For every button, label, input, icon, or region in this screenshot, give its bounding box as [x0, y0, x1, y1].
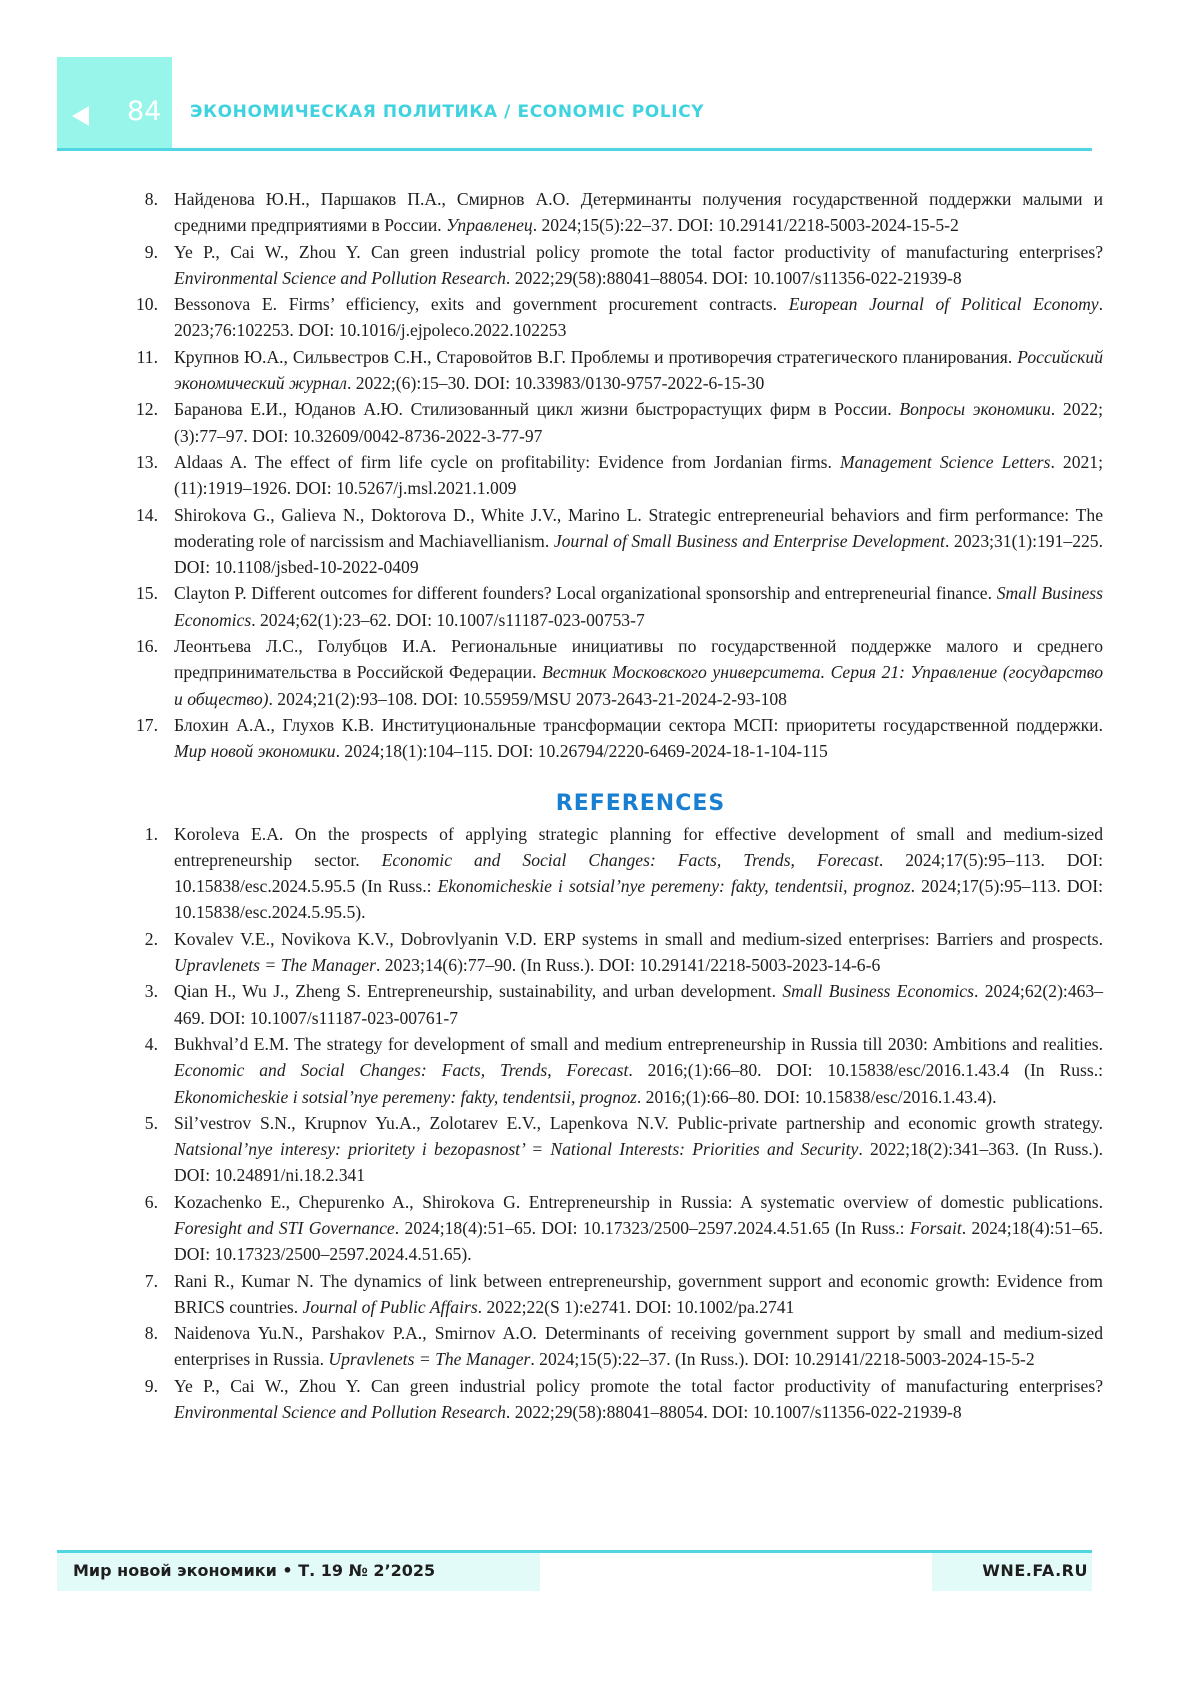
reference-item: 5.Sil’vestrov S.N., Krupnov Yu.A., Zolot… [118, 1110, 1103, 1189]
reference-item: 16.Леонтьева Л.С., Голубцов И.А. Региона… [118, 633, 1103, 712]
reference-fragment: Sil’vestrov S.N., Krupnov Yu.A., Zolotar… [174, 1113, 1103, 1133]
reference-fragment: Ye P., Cai W., Zhou Y. Can green industr… [174, 1376, 1103, 1396]
reference-source-title: Управленец [446, 215, 533, 235]
reference-source-title: Natsional’nye interesy: prioritety i bez… [174, 1139, 858, 1159]
reference-source-title: Environmental Science and Pollution Rese… [174, 268, 506, 288]
reference-fragment: . 2022;29(58):88041–88054. DOI: 10.1007/… [506, 1402, 962, 1422]
reference-source-title: Вопросы экономики [899, 399, 1050, 419]
reference-text: Rani R., Kumar N. The dynamics of link b… [174, 1271, 1103, 1317]
reference-fragment: . 2024;15(5):22–37. DOI: 10.29141/2218-5… [533, 215, 959, 235]
page-number: 84 [127, 98, 161, 125]
reference-fragment: Kovalev V.E., Novikova K.V., Dobrovlyani… [174, 929, 1103, 949]
reference-number: 3. [118, 978, 158, 1004]
reference-source-title: Economic and Social Changes: Facts, Tren… [174, 1060, 628, 1080]
section-title: ЭКОНОМИЧЕСКАЯ ПОЛИТИКА / ECONOMIC POLICY [190, 104, 704, 121]
reference-text: Kovalev V.E., Novikova K.V., Dobrovlyani… [174, 929, 1103, 975]
references-heading: REFERENCES [178, 791, 1103, 817]
reference-text: Найденова Ю.Н., Паршаков П.А., Смирнов А… [174, 189, 1103, 235]
reference-item: 13.Aldaas A. The effect of firm life cyc… [118, 449, 1103, 502]
reference-fragment: Крупнов Ю.А., Сильвестров С.Н., Старовой… [174, 347, 1017, 367]
reference-fragment: Qian H., Wu J., Zheng S. Entrepreneurshi… [174, 981, 782, 1001]
reference-fragment: Bukhval’d E.M. The strategy for developm… [174, 1034, 1103, 1054]
reference-source-title: Ekonomicheskie i sotsial’nye peremeny: f… [438, 876, 911, 896]
reference-item: 8.Найденова Ю.Н., Паршаков П.А., Смирнов… [118, 186, 1103, 239]
reference-text: Clayton P. Different outcomes for differ… [174, 583, 1103, 629]
reference-source-title: Upravlenets = The Manager [174, 955, 376, 975]
reference-text: Блохин А.А., Глухов К.В. Институциональн… [174, 715, 1103, 761]
reference-source-title: Environmental Science and Pollution Rese… [174, 1402, 506, 1422]
reference-text: Koroleva E.A. On the prospects of applyi… [174, 824, 1103, 923]
reference-source-title: European Journal of Political Economy [789, 294, 1099, 314]
reference-number: 10. [118, 291, 158, 317]
reference-text: Qian H., Wu J., Zheng S. Entrepreneurshi… [174, 981, 1103, 1027]
reference-text: Леонтьева Л.С., Голубцов И.А. Региональн… [174, 636, 1103, 709]
reference-fragment: Kozachenko E., Chepurenko A., Shirokova … [174, 1192, 1103, 1212]
reference-number: 17. [118, 712, 158, 738]
reference-fragment: . 2024;18(1):104–115. DOI: 10.26794/2220… [336, 741, 828, 761]
reference-fragment: . 2022;29(58):88041–88054. DOI: 10.1007/… [506, 268, 962, 288]
reference-text: Ye P., Cai W., Zhou Y. Can green industr… [174, 242, 1103, 288]
reference-number: 12. [118, 396, 158, 422]
reference-fragment: . 2024;21(2):93–108. DOI: 10.55959/MSU 2… [268, 689, 787, 709]
reference-item: 14.Shirokova G., Galieva N., Doktorova D… [118, 502, 1103, 581]
reference-number: 8. [118, 186, 158, 212]
reference-item: 10.Bessonova E. Firms’ efficiency, exits… [118, 291, 1103, 344]
reference-number: 2. [118, 926, 158, 952]
reference-fragment: . 2024;15(5):22–37. (In Russ.). DOI: 10.… [530, 1349, 1034, 1369]
reference-fragment: . 2022;22(S 1):e2741. DOI: 10.1002/pa.27… [478, 1297, 795, 1317]
reference-text: Shirokova G., Galieva N., Doktorova D., … [174, 505, 1103, 578]
reference-number: 11. [118, 344, 158, 370]
reference-item: 12.Баранова Е.И., Юданов А.Ю. Стилизован… [118, 396, 1103, 449]
reference-text: Крупнов Ю.А., Сильвестров С.Н., Старовой… [174, 347, 1103, 393]
reference-source-title: Economic and Social Changes: Facts, Tren… [382, 850, 879, 870]
reference-source-title: Upravlenets = The Manager [328, 1349, 530, 1369]
page-content: 8.Найденова Ю.Н., Паршаков П.А., Смирнов… [118, 186, 1103, 1425]
reference-text: Ye P., Cai W., Zhou Y. Can green industr… [174, 1376, 1103, 1422]
reference-number: 6. [118, 1189, 158, 1215]
reference-source-title: Journal of Small Business and Enterprise… [554, 531, 945, 551]
reference-number: 14. [118, 502, 158, 528]
reference-fragment: Ye P., Cai W., Zhou Y. Can green industr… [174, 242, 1103, 262]
reference-source-title: Management Science Letters [840, 452, 1051, 472]
reference-fragment: Bessonova E. Firms’ efficiency, exits an… [174, 294, 789, 314]
triangle-left-icon[interactable] [72, 106, 89, 126]
reference-number: 15. [118, 580, 158, 606]
reference-item: 11.Крупнов Ю.А., Сильвестров С.Н., Старо… [118, 344, 1103, 397]
reference-number: 13. [118, 449, 158, 475]
reference-number: 9. [118, 1373, 158, 1399]
reference-text: Kozachenko E., Chepurenko A., Shirokova … [174, 1192, 1103, 1265]
reference-item: 8.Naidenova Yu.N., Parshakov P.A., Smirn… [118, 1320, 1103, 1373]
reference-fragment: Aldaas A. The effect of firm life cycle … [174, 452, 840, 472]
reference-fragment: . 2016;(1):66–80. DOI: 10.15838/esc/2016… [628, 1060, 1103, 1080]
reference-source-title: Forsait [910, 1218, 962, 1238]
reference-item: 15.Clayton P. Different outcomes for dif… [118, 580, 1103, 633]
reference-source-title: Journal of Public Affairs [303, 1297, 478, 1317]
reference-fragment: Баранова Е.И., Юданов А.Ю. Стилизованный… [174, 399, 899, 419]
reference-number: 4. [118, 1031, 158, 1057]
reference-number: 7. [118, 1268, 158, 1294]
reference-text: Баранова Е.И., Юданов А.Ю. Стилизованный… [174, 399, 1103, 445]
reference-source-title: Ekonomicheskie i sotsial’nye peremeny: f… [174, 1087, 637, 1107]
reference-fragment: . 2016;(1):66–80. DOI: 10.15838/esc/2016… [637, 1087, 997, 1107]
footer-website-link[interactable]: WNE.FA.RU [982, 1563, 1088, 1579]
reference-item: 7.Rani R., Kumar N. The dynamics of link… [118, 1268, 1103, 1321]
russian-reference-list: 8.Найденова Ю.Н., Паршаков П.А., Смирнов… [118, 186, 1103, 765]
reference-source-title: Foresight and STI Governance [174, 1218, 395, 1238]
reference-text: Aldaas A. The effect of firm life cycle … [174, 452, 1103, 498]
english-reference-list: 1.Koroleva E.A. On the prospects of appl… [118, 821, 1103, 1426]
reference-fragment: . 2022;(6):15–30. DOI: 10.33983/0130-975… [347, 373, 764, 393]
reference-fragment: . 2024;62(1):23–62. DOI: 10.1007/s11187-… [251, 610, 645, 630]
reference-source-title: Small Business Economics [782, 981, 974, 1001]
reference-number: 9. [118, 239, 158, 265]
reference-text: Bessonova E. Firms’ efficiency, exits an… [174, 294, 1103, 340]
reference-item: 2.Kovalev V.E., Novikova K.V., Dobrovlya… [118, 926, 1103, 979]
reference-number: 5. [118, 1110, 158, 1136]
reference-item: 3.Qian H., Wu J., Zheng S. Entrepreneurs… [118, 978, 1103, 1031]
reference-item: 4.Bukhval’d E.M. The strategy for develo… [118, 1031, 1103, 1110]
reference-fragment: . 2023;14(6):77–90. (In Russ.). DOI: 10.… [376, 955, 880, 975]
reference-fragment: Блохин А.А., Глухов К.В. Институциональн… [174, 715, 1103, 735]
reference-number: 8. [118, 1320, 158, 1346]
reference-number: 1. [118, 821, 158, 847]
reference-text: Sil’vestrov S.N., Krupnov Yu.A., Zolotar… [174, 1113, 1103, 1186]
footer-journal-issue: Мир новой экономики • Т. 19 № 2’2025 [73, 1563, 435, 1579]
reference-fragment: Clayton P. Different outcomes for differ… [174, 583, 997, 603]
reference-source-title: Мир новой экономики [174, 741, 336, 761]
header-divider [57, 148, 1092, 151]
reference-item: 6.Kozachenko E., Chepurenko A., Shirokov… [118, 1189, 1103, 1268]
reference-item: 1.Koroleva E.A. On the prospects of appl… [118, 821, 1103, 926]
reference-item: 9.Ye P., Cai W., Zhou Y. Can green indus… [118, 239, 1103, 292]
reference-text: Naidenova Yu.N., Parshakov P.A., Smirnov… [174, 1323, 1103, 1369]
reference-text: Bukhval’d E.M. The strategy for developm… [174, 1034, 1103, 1107]
reference-number: 16. [118, 633, 158, 659]
reference-fragment: . 2024;18(4):51–65. DOI: 10.17323/2500–2… [395, 1218, 910, 1238]
reference-item: 17.Блохин А.А., Глухов К.В. Институциона… [118, 712, 1103, 765]
reference-item: 9.Ye P., Cai W., Zhou Y. Can green indus… [118, 1373, 1103, 1426]
